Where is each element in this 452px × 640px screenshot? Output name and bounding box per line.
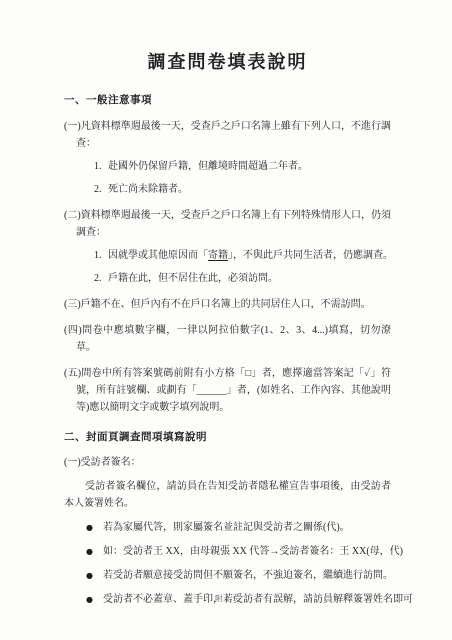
document-title: 調查問卷填表說明: [64, 50, 391, 74]
paragraph-signature-instructions: 受訪者簽名欄位，請訪員在告知受訪者隱私權宣告事項後，由受訪者本人簽署姓名。: [64, 478, 391, 512]
list-item-number: 1.: [94, 158, 108, 175]
bullet-text: 若為家屬代答，則家屬簽名並註記與受訪者之關係(代)。: [103, 519, 350, 536]
underlined-term: 寄籍: [208, 250, 228, 261]
list-item-text: 戶籍在此，但不居住在此，必須訪問。: [108, 270, 278, 287]
paragraph-5: (五)問卷中所有答案號碼前附有小方格「□」者，應擇適當答案記「✓」符號，所有註號…: [64, 365, 391, 416]
list-item-text: 赴國外仍保留戶籍，但離境時間超過二年者。: [108, 158, 308, 175]
list-item-text: 因就學或其他原因而「寄籍」，不與此戶共同生活者，仍應調查。: [108, 247, 393, 264]
subsection-heading-respondent-signature: (一)受訪者簽名：: [64, 454, 391, 471]
footer-page-number: 附 2-1: [0, 590, 452, 607]
list-item: 2. 戶籍在此，但不居住在此，必須訪問。: [94, 270, 391, 287]
paragraph-4: (四)問卷中應填數字欄，一律以阿拉伯數字(1、2、3、4...)填寫，切勿潦草。: [64, 322, 391, 356]
list-item-number: 2.: [94, 270, 108, 287]
bullet-text: 如：受訪者王 XX，由母親張 XX 代答→受訪者簽名：王 XX(母，代): [103, 543, 403, 560]
list-item: 1. 因就學或其他原因而「寄籍」，不與此戶共同生活者，仍應調查。: [94, 247, 391, 264]
list-item-number: 1.: [94, 247, 108, 264]
section-heading-general-notes: 一、一般注意事項: [64, 92, 391, 109]
bullet-item: ● 如：受訪者王 XX，由母親張 XX 代答→受訪者簽名：王 XX(母，代): [86, 543, 391, 560]
paragraph-3: (三)戶籍不在、但戶內有不在戶口名簿上的共同居住人口，不需訪問。: [64, 296, 391, 313]
paragraph-2: (二)資料標準週最後一天，受查戶之戶口名簿上有下列特殊情形人口，仍須調查：: [64, 207, 391, 241]
section-heading-cover-page: 二、封面頁調查問項填寫說明: [64, 429, 391, 446]
list-item-text: 死亡尚未除籍者。: [108, 181, 188, 198]
document-page: 調查問卷填表說明 一、一般注意事項 (一)凡資料標準週最後一天，受查戶之戶口名簿…: [0, 0, 452, 640]
bullet-text: 若受訪者願意接受訪問但不願簽名，不強迫簽名，繼續進行訪問。: [103, 567, 393, 584]
bullet-icon: ●: [86, 543, 103, 560]
list-item: 1. 赴國外仍保留戶籍，但離境時間超過二年者。: [94, 158, 391, 175]
paragraph-1: (一)凡資料標準週最後一天，受查戶之戶口名簿上雖有下列人口，不進行調查：: [64, 118, 391, 152]
bullet-icon: ●: [86, 519, 103, 536]
list-item: 2. 死亡尚未除籍者。: [94, 181, 391, 198]
bullet-icon: ●: [86, 567, 103, 584]
bullet-item: ● 若為家屬代答，則家屬簽名並註記與受訪者之關係(代)。: [86, 519, 391, 536]
bullet-item: ● 若受訪者願意接受訪問但不願簽名，不強迫簽名，繼續進行訪問。: [86, 567, 391, 584]
list-item-number: 2.: [94, 181, 108, 198]
document-content: 調查問卷填表說明 一、一般注意事項 (一)凡資料標準週最後一天，受查戶之戶口名簿…: [64, 50, 391, 608]
